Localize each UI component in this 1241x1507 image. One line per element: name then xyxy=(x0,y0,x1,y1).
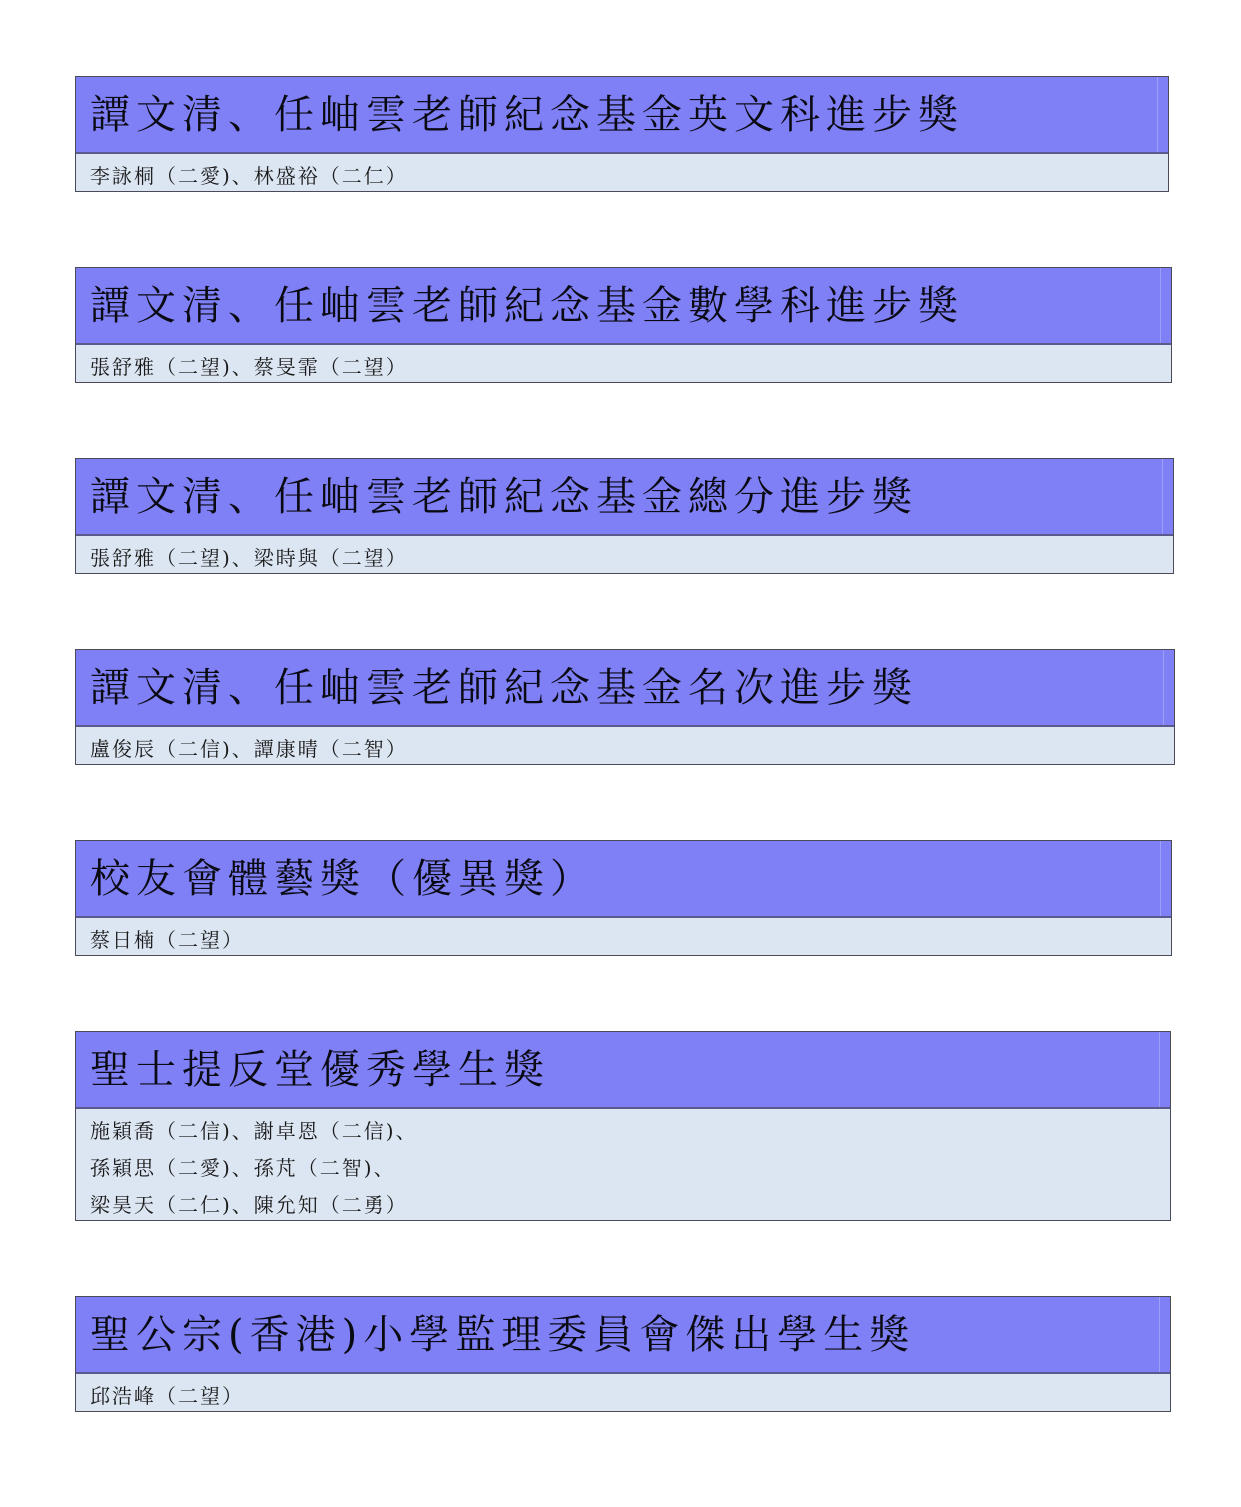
award-title: 校友會體藝獎（優異獎） xyxy=(90,859,596,899)
recipient-line: 孫穎思（二愛)、孫芃（二智)、 xyxy=(90,1150,1156,1187)
award-box-english-progress: 譚文清、任岫雲老師紀念基金英文科進步獎 李詠桐（二愛)、林盛裕（二仁） xyxy=(75,76,1169,192)
award-title: 譚文清、任岫雲老師紀念基金總分進步獎 xyxy=(90,477,918,517)
recipient-line: 盧俊辰（二信)、譚康晴（二智） xyxy=(90,731,1160,768)
award-box-ranking-progress: 譚文清、任岫雲老師紀念基金名次進步獎 盧俊辰（二信)、譚康晴（二智） xyxy=(75,649,1175,765)
award-recipients: 李詠桐（二愛)、林盛裕（二仁） xyxy=(76,154,1168,195)
award-title: 聖士提反堂優秀學生獎 xyxy=(90,1050,550,1090)
award-header: 聖士提反堂優秀學生獎 xyxy=(76,1032,1170,1109)
recipient-line: 梁昊天（二仁)、陳允知（二勇） xyxy=(90,1187,1156,1224)
award-box-st-stephens-outstanding: 聖士提反堂優秀學生獎 施穎喬（二信)、謝卓恩（二信)、 孫穎思（二愛)、孫芃（二… xyxy=(75,1031,1171,1221)
award-recipients: 張舒雅（二望)、蔡旻霏（二望） xyxy=(76,345,1171,386)
award-box-skh-council-outstanding: 聖公宗(香港)小學監理委員會傑出學生獎 邱浩峰（二望） xyxy=(75,1296,1171,1412)
recipient-line: 邱浩峰（二望） xyxy=(90,1378,1156,1415)
award-recipients: 邱浩峰（二望） xyxy=(76,1374,1170,1415)
award-box-alumni-sports-arts: 校友會體藝獎（優異獎） 蔡日楠（二望） xyxy=(75,840,1172,956)
award-recipients: 盧俊辰（二信)、譚康晴（二智） xyxy=(76,727,1174,768)
recipient-line: 蔡日楠（二望） xyxy=(90,922,1157,959)
recipient-line: 張舒雅（二望)、蔡旻霏（二望） xyxy=(90,349,1157,386)
recipient-line: 李詠桐（二愛)、林盛裕（二仁） xyxy=(90,158,1154,195)
award-box-total-score-progress: 譚文清、任岫雲老師紀念基金總分進步獎 張舒雅（二望)、梁時與（二望） xyxy=(75,458,1174,574)
award-title: 譚文清、任岫雲老師紀念基金數學科進步獎 xyxy=(90,286,964,326)
award-header: 聖公宗(香港)小學監理委員會傑出學生獎 xyxy=(76,1297,1170,1374)
award-box-math-progress: 譚文清、任岫雲老師紀念基金數學科進步獎 張舒雅（二望)、蔡旻霏（二望） xyxy=(75,267,1172,383)
award-header: 譚文清、任岫雲老師紀念基金英文科進步獎 xyxy=(76,77,1168,154)
recipient-line: 施穎喬（二信)、謝卓恩（二信)、 xyxy=(90,1113,1156,1150)
award-recipients: 張舒雅（二望)、梁時與（二望） xyxy=(76,536,1173,577)
award-header: 譚文清、任岫雲老師紀念基金數學科進步獎 xyxy=(76,268,1171,345)
award-title: 譚文清、任岫雲老師紀念基金名次進步獎 xyxy=(90,668,918,708)
recipient-line: 張舒雅（二望)、梁時與（二望） xyxy=(90,540,1159,577)
award-recipients: 施穎喬（二信)、謝卓恩（二信)、 孫穎思（二愛)、孫芃（二智)、 梁昊天（二仁)… xyxy=(76,1109,1170,1224)
award-title: 譚文清、任岫雲老師紀念基金英文科進步獎 xyxy=(90,95,964,135)
award-header: 校友會體藝獎（優異獎） xyxy=(76,841,1171,918)
award-header: 譚文清、任岫雲老師紀念基金名次進步獎 xyxy=(76,650,1174,727)
award-header: 譚文清、任岫雲老師紀念基金總分進步獎 xyxy=(76,459,1173,536)
award-title: 聖公宗(香港)小學監理委員會傑出學生獎 xyxy=(90,1315,915,1355)
award-recipients: 蔡日楠（二望） xyxy=(76,918,1171,959)
